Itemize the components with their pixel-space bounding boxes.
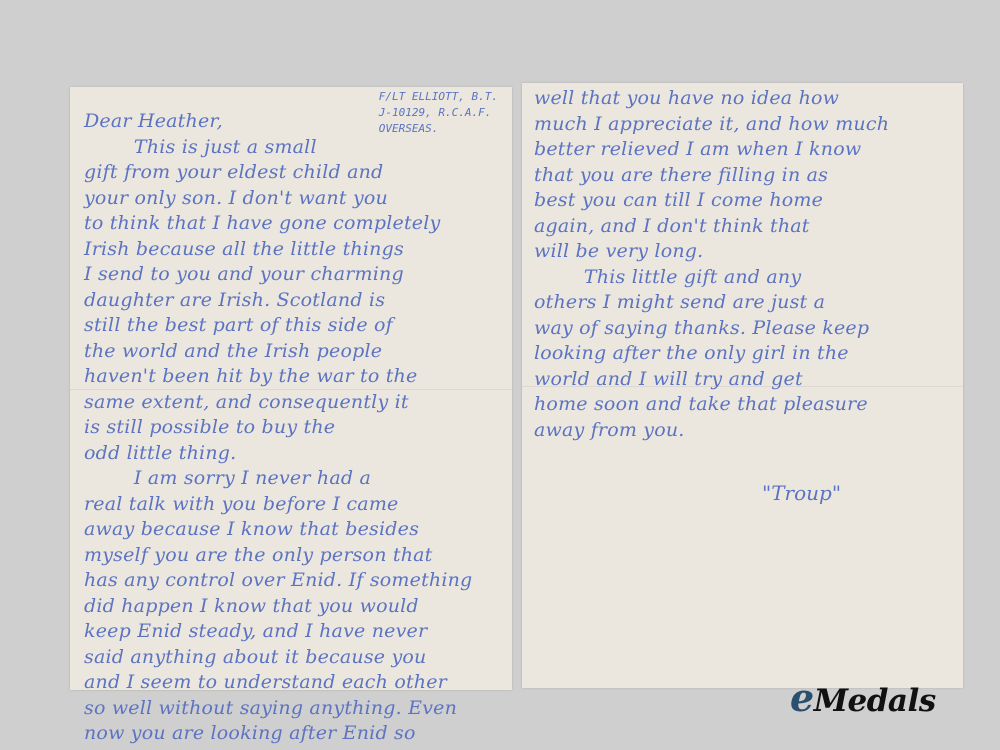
letter-page-1: F/LT ELLIOTT, B.T. J-10129, R.C.A.F. OVE… [70,87,512,690]
emedals-watermark-logo: eMedals [790,675,936,720]
signature: "Troup" [762,481,841,505]
logo-name: Medals [814,683,936,719]
letter-body-page-1: Dear Heather, This is just a small gift … [84,109,472,747]
letter-page-2: well that you have no idea how much I ap… [522,83,963,688]
logo-prefix: e [790,675,814,720]
letter-body-page-2: well that you have no idea how much I ap… [534,86,889,443]
